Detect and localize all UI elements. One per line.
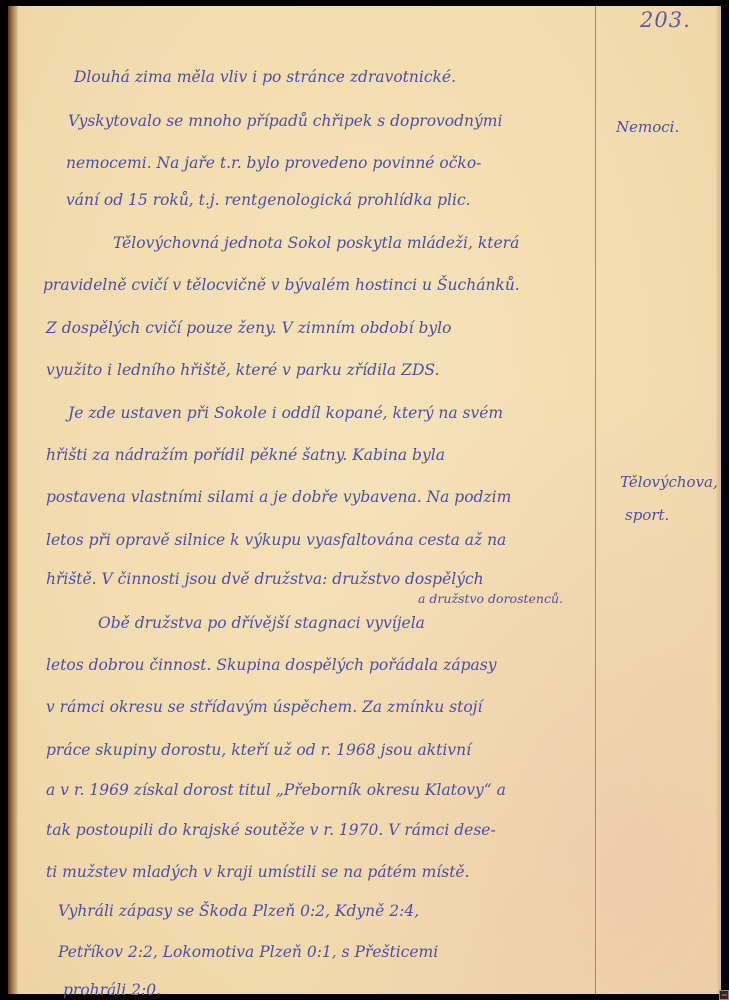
text-line-7: Z dospělých cvičí pouze ženy. V zimním o…	[46, 319, 451, 337]
text-line-24: prohráli 2:0.	[63, 981, 161, 999]
text-line-18: práce skupiny dorostu, kteří už od r. 19…	[46, 741, 471, 759]
page-right-edge	[716, 6, 721, 994]
margin-note-nemoci: Nemoci.	[616, 118, 679, 136]
text-line-23: Petříkov 2:2, Lokomotiva Plzeň 0:1, s Př…	[58, 943, 438, 961]
margin-note-telovychova: Tělovýchova,	[620, 473, 718, 491]
text-line-9: Je zde ustaven při Sokole i oddíl kopané…	[68, 404, 503, 422]
text-line-12: letos při opravě silnice k výkupu vyasfa…	[46, 531, 506, 549]
text-line-15: Obě družstva po dřívější stagnaci vyvíje…	[98, 614, 425, 632]
chronicle-page: 203. Dlouhá zima měla vliv i po stránce …	[8, 6, 721, 994]
text-line-10: hřišti za nádražím pořídil pěkné šatny. …	[46, 446, 445, 464]
text-line-20: tak postoupili do krajské soutěže v r. 1…	[46, 821, 496, 839]
text-line-6: pravidelně cvičí v tělocvičně v bývalém …	[43, 276, 520, 294]
margin-divider-line	[595, 6, 596, 994]
text-line-3: nemocemi. Na jaře t.r. bylo provedeno po…	[66, 154, 481, 172]
page-number: 203.	[640, 8, 691, 32]
text-line-2: Vyskytovalo se mnoho případů chřipek s d…	[68, 112, 502, 130]
page-binding-shadow	[8, 6, 18, 994]
margin-note-sport: sport.	[625, 506, 669, 524]
text-line-19: a v r. 1969 získal dorost titul „Přeborn…	[46, 781, 506, 799]
text-line-4: vání od 15 roků, t.j. rentgenologická pr…	[66, 191, 471, 209]
text-line-14-insert: a družstvo dorostenců.	[418, 591, 563, 606]
text-line-5: Tělovýchovná jednota Sokol poskytla mlád…	[113, 234, 519, 252]
text-line-21: ti mužstev mladých v kraji umístili se n…	[46, 863, 470, 881]
text-line-17: v rámci okresu se střídavým úspěchem. Za…	[46, 698, 482, 716]
text-line-1: Dlouhá zima měla vliv i po stránce zdrav…	[74, 68, 456, 86]
text-line-8: využito i ledního hřiště, které v parku …	[46, 361, 439, 379]
text-line-13: hřiště. V činnosti jsou dvě družstva: dr…	[46, 570, 484, 588]
text-line-11: postavena vlastními silami a je dobře vy…	[46, 488, 511, 506]
text-line-22: Vyhráli zápasy se Škoda Plzeň 0:2, Kdyně…	[58, 902, 419, 920]
text-line-16: letos dobrou činnost. Skupina dospělých …	[46, 656, 496, 674]
viewer-corner-button[interactable]	[719, 990, 729, 1000]
